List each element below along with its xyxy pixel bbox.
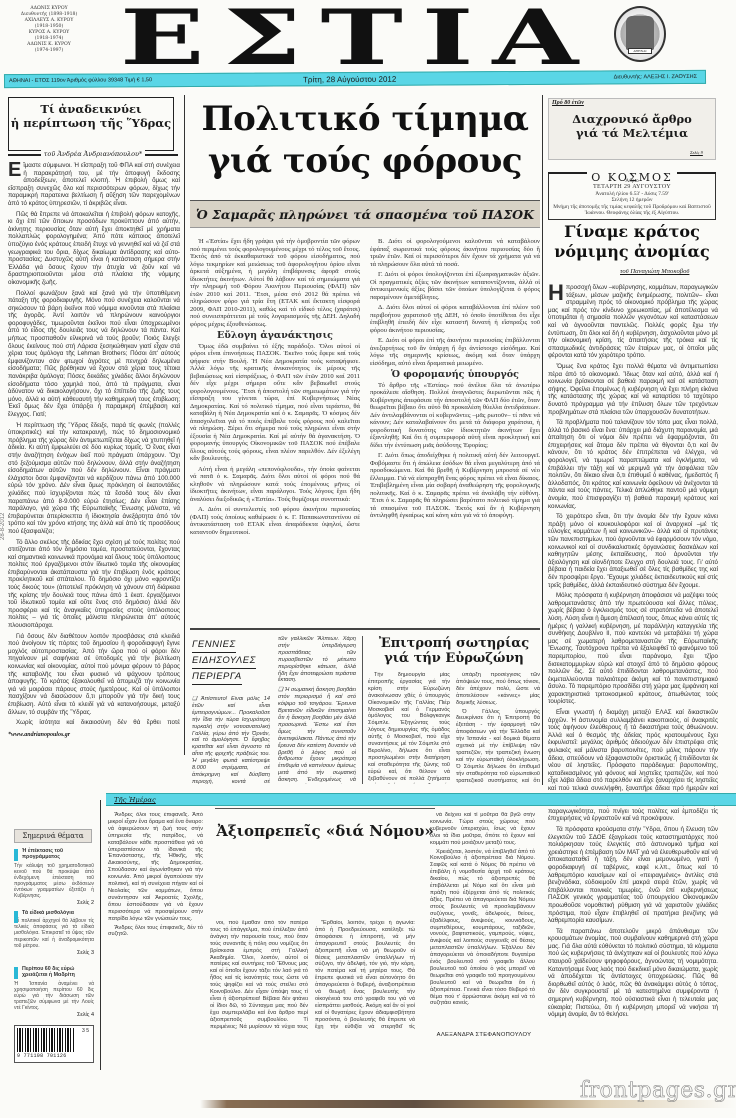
section-subtitle: Ὁ φορομανής ὑπουργός xyxy=(370,371,540,379)
eurozone-column-2: ὑπάρξη προσέγγισις τῶν ἀπόψεών τους, πού… xyxy=(456,672,540,784)
feature-title-line1: Διαχρονικό ἄρθρο xyxy=(548,112,716,126)
paragraph: Δ. Διότι ὅλοι αὐτοί οἱ φόροι καταβάλλοντ… xyxy=(370,304,540,334)
paragraph: Χωρίς ἰσότητα καί δικαιοσύνη δέν θά ἔρθε… xyxy=(8,719,180,727)
topic-bullet-icon xyxy=(14,911,18,923)
eurozone-title-line2: γιά τήν Εὐρωζώνη xyxy=(368,651,540,666)
topic-item[interactable]: Τά εἰδικά μισθολόγια Οἱ πολιτικοί ἀρχηγο… xyxy=(14,910,94,956)
paragraph: "Ερθαίοι, λοιπόν, τρέχει ἡ ἀγωνία: ἀπό ἡ… xyxy=(315,920,415,1030)
paragraph: Τό χειρότερο εἶναι, ὅτι τήν ἀνομία δέν τ… xyxy=(548,513,718,589)
topics-header: Σημερινά θέματα xyxy=(14,829,92,843)
topic-title: Περίπου 60 δις εὐρώ χρειάζεται ἡ Μαδρίτη xyxy=(22,966,94,979)
of-the-day-headline[interactable]: Ἀξιοπρεπεῖς «διά Νόμου» xyxy=(205,822,445,840)
side-date: 28-8-2012 xyxy=(0,513,6,540)
gossip-title-line: ΓΕΝΝΙΕΣ xyxy=(192,638,236,653)
byline-text: τοῦ Ἀνδρέα Ἀνδριανόπουλου* xyxy=(41,150,145,158)
barcode-digits: 9 771108 701126 xyxy=(17,1053,91,1059)
eurozone-column-1: Τήν δημιουργία μίας ἐπιτροπῆς ἐργασίας γ… xyxy=(368,672,450,784)
news-item: ❑ Ἀπίστευτο! Εἶναι μόλις 14 ἐτῶν καί εἶν… xyxy=(192,696,270,784)
main-headline-line2: γιά τούς φόρους xyxy=(190,140,540,182)
topic-bullet-icon xyxy=(14,849,18,861)
topic-text: Οἱ πολιτικοί ἀρχηγοί θά λάβουν τίς τελικ… xyxy=(14,918,94,948)
column-divider xyxy=(184,95,185,755)
main-article-column-1: Ἡ «Ἑστία» ἔχει ἤδη γράψει γιά τήν ὁμοβρο… xyxy=(190,238,360,626)
paragraph: Τό ἄλλο σκέλος τῆς ἀδικίας ἔχει σχέση μέ… xyxy=(8,539,180,630)
paragraph: Γ. Διότι οἱ φόροι ὑπολογίζονται ἐπί ἐξωπ… xyxy=(370,271,540,301)
eurozone-title-line1: Ἐπιτροπή σωτηρίας xyxy=(368,636,540,651)
paragraph: Πολλοί φωνάζουν ξανά καί ξανά γιά τήν ὑπ… xyxy=(8,290,180,419)
column-divider xyxy=(100,800,101,1070)
seal-label: ΑΘΗΝΑΙ xyxy=(628,48,652,54)
gossip-column-2: τῶν γαλλικῶν Ἄλπεων. Χάρη στήν ὑπερδιέγε… xyxy=(278,636,356,784)
editor-credit: Διευθυντής: ΑΛΕΞΗΣ Ι. ΖΑΟΥΣΗΣ xyxy=(614,74,697,81)
paragraph: Ἡ περίπτωση τῆς Ὕδρας ἔδειξε, παρά τίς φ… xyxy=(8,422,180,536)
barcode-issue: 3 5 xyxy=(82,1028,89,1034)
paragraph: Τά προβλήματα πού ταλανίζουν τόν τόπο μα… xyxy=(548,419,718,510)
topic-item[interactable]: Περίπου 60 δις εὐρώ χρειάζεται ἡ Μαδρίτη… xyxy=(14,966,94,1018)
of-the-day-author: ΑΛΕΞΑΝΔΡΑ ΣΤΕΦΑΝΟΠΟΥΛΟΥ xyxy=(430,1032,538,1038)
main-headline[interactable]: Πολιτικό τίμημα γιά τούς φόρους xyxy=(190,98,540,182)
paragraph: Τό ἄρθρο τῆς «Ἑστίας» πού ἀνέλυε ὅλα τά … xyxy=(370,382,540,450)
column-divider xyxy=(362,636,363,784)
eurozone-headline[interactable]: Ἐπιτροπή σωτηρίας γιά τήν Εὐρωζώνη xyxy=(368,636,540,666)
topic-page: Σελίς 3 xyxy=(14,950,94,956)
main-subheadline: Ὁ Σαμαρᾶς πληρώνει τά σπασμένα τοῦ ΠΑΣΟΚ xyxy=(190,200,540,228)
of-the-day-column-3: "Ερθαίοι, λοιπόν, τρέχει ἡ ἀγωνία: ἀπό ἡ… xyxy=(315,920,415,1030)
author-website-link[interactable]: *www.andrianopoulos.gr xyxy=(8,732,70,738)
kosmos-note: Μνήμη τῆς ἀποτομῆς τῆς τιμίας κεφαλῆς το… xyxy=(550,204,714,217)
topic-bullet-icon xyxy=(14,967,18,979)
feature-kicker: Πρό 80 ἐτῶν xyxy=(552,100,584,106)
column-divider xyxy=(542,95,543,785)
right-article-byline: τοῦ Παναγιώτη Μποκοβοῦ xyxy=(620,268,689,275)
main-article-column-2: Β. Διότι οἱ φορολογούμενοι καλοῦνται νά … xyxy=(370,238,540,626)
gossip-title-line: ΕΙΔΗΣΟΥΛΕΣ xyxy=(192,654,256,669)
issue-info: ΑΘΗΝΑΙ - ΕΤΟΣ 119ον Άριθμός φύλλου 39348… xyxy=(9,77,152,84)
paragraph: Γιά ὅσους δέν διαθέτουν λοιπόν προσβάσει… xyxy=(8,633,180,717)
section-subtitle: Εὔλογη ἀγανάκτησις xyxy=(190,332,360,340)
title-rule xyxy=(215,808,435,809)
topic-title: Τά εἰδικά μισθολόγια xyxy=(22,910,94,916)
of-the-day-column-1: Ἄνδρες ὅλοι τους ἐπιφανεῖς. Ἀπό μικροί ε… xyxy=(108,812,203,1022)
paragraph: Α. Διότι οἱ συντελεστές τοῦ φόρου ἀκινήτ… xyxy=(190,506,360,536)
paragraph: Χρειάζεται, λοιπόν, νά ἐπιβληθεῖ ἀπό τό … xyxy=(430,849,535,1008)
news-item: ❑ Ἡ σωματική ἄσκηση βοηθάει στόν περιορι… xyxy=(278,687,356,784)
gossip-column-1: ❑ Ἀπίστευτο! Εἶναι μόλις 14 ἐτῶν καί εἶν… xyxy=(192,696,270,784)
paragraph: νοι, πού ἔμαθαν ἀπό τόν πατέρα τους τό ἐ… xyxy=(210,920,308,1030)
paragraph: Γ. Διότι ὅπως ἀποδείχθηκε ἡ πολιτική αὐτ… xyxy=(370,452,540,520)
paragraph: Ὅμως ἐδῶ συμβαίνει τό ἑξῆς παράδοξο. Ὅλο… xyxy=(190,343,360,463)
topic-text: Τήν κάλυψη τοῦ χρηματοδοτικοῦ κενοῦ πού … xyxy=(14,863,94,900)
watermark-link[interactable]: frontpages.gr xyxy=(580,1078,736,1103)
gossip-title-line: ΠΕΡΙΕΡΓΑ xyxy=(192,670,242,685)
paragraph: Ἄνδρες ὅλοι τους ἐπιφανεῖς. Ἀπό μικροί ε… xyxy=(108,812,203,923)
of-the-day-column-2: νοι, πού ἔμαθαν ἀπό τόν πατέρα τους τό ἐ… xyxy=(210,920,308,1030)
founders-list: ΑΔΩΝΙΣ ΚΥΡΟΥ Διευθυντής (1898-1918) ΑΧΙΛ… xyxy=(18,6,80,54)
of-the-day-column-4: νὰ δείχνει καί τί μοῦτρα θά βγῶ στήν κοι… xyxy=(430,812,535,1022)
paragraph: Πῶς θά ἔπρεπε νά ἀποκαλεῖται ἡ ἐπιβολή φ… xyxy=(8,211,180,287)
paragraph: ἴμαστε σύμφωνοι. Ἡ εἴσπραξη τοῦ ΦΠΑ καί … xyxy=(8,162,180,207)
left-article-headline-box[interactable]: Τί ἀναδεικνύει ἡ περίπτωση τῆς Ὕδρας xyxy=(8,97,174,151)
seal-emblem-icon: ΑΘΗΝΑΙ xyxy=(614,6,666,62)
news-item: τῶν γαλλικῶν Ἄλπεων. Χάρη στήν ὑπερδιέγε… xyxy=(278,636,356,684)
seal-figures-icon xyxy=(626,16,654,50)
of-the-day-ribbon: Τῆς Ἡμέρας xyxy=(106,793,736,806)
paragraph: Ε. Διότι οἱ φόροι ἐπί τῆς ἀκινήτου περιο… xyxy=(370,337,540,367)
paragraph: προσοχή ὅλων –κυβέρνησης, κομμάτων, παρα… xyxy=(548,284,718,359)
paragraph: Ὅμως ἕνα κράτος ἔχει πολλά θέματα νά ἀντ… xyxy=(548,363,718,416)
section-divider xyxy=(190,628,540,630)
barcode-bars xyxy=(17,1028,75,1052)
paragraph: Τά παραπάνω ἀποτελοῦν μικρό ἀπάνθισμα τῶ… xyxy=(548,928,718,1019)
right-headline-line1: Γίναμε κράτος xyxy=(548,222,716,242)
paragraph: Β. Διότι οἱ φορολογούμενοι καλοῦνται νά … xyxy=(370,238,540,268)
right-article-headline[interactable]: Γίναμε κράτος νόμιμης ἀνομίας xyxy=(548,222,716,262)
main-headline-line1: Πολιτικό τίμημα xyxy=(190,98,540,140)
feature-title: Διαχρονικό ἄρθρο γιά τά Μελτέμια xyxy=(548,112,716,140)
left-article-byline: τοῦ Ἀνδρέα Ἀνδριανόπουλου* xyxy=(8,150,178,158)
topic-text: Ἡ Ἰσπανία ἀναμένει νά χρησιμοποιήση περί… xyxy=(14,981,94,1011)
right-headline-line2: νόμιμης ἀνομίας xyxy=(548,242,716,262)
of-the-day-label: Τῆς Ἡμέρας xyxy=(114,796,156,804)
left-article-title-line1: Τί ἀναδεικνύει xyxy=(9,102,173,116)
paragraph: Ὁ Γάλλος ὑπουργός διευκρίνισε ὅτι ἡ Ἐπιτ… xyxy=(456,709,540,784)
founder-line: (1974-1997) xyxy=(18,48,80,54)
paragraph: Ἡ «Ἑστία» ἔχει ἤδη γράψει γιά τήν ὁμοβρο… xyxy=(190,238,360,328)
paragraph: Τά πρόσφατα κρούσματα στήν Ὕδρα, ὅπου ἡ … xyxy=(548,826,718,925)
left-article-body: Εἴμαστε σύμφωνοι. Ἡ εἴσπραξη τοῦ ΦΠΑ καί… xyxy=(8,162,180,727)
issue-ribbon: ΑΘΗΝΑΙ - ΕΤΟΣ 119ον Άριθμός φύλλου 39348… xyxy=(4,70,706,88)
topic-item[interactable]: Ἡ ἐπέκτασις τοῦ προγράμματος Τήν κάλυψη … xyxy=(14,848,94,906)
kosmos-body: Αὔριο ΤΕΤΑΡΤΗ 29 ΑΥΓΟΥΣΤΟΥ Ἀνατολή ἡλίου… xyxy=(550,178,714,216)
left-article-title-line2: ἡ περίπτωση τῆς Ὕδρας xyxy=(9,116,173,130)
dropcap: Η xyxy=(548,284,564,302)
topic-title: Ἡ ἐπέκτασις τοῦ προγράμματος xyxy=(22,848,94,861)
paragraph: Τήν δημιουργία μίας ἐπιτροπῆς ἐργασίας γ… xyxy=(368,672,450,784)
paragraph: Μόλις πρόσφατα ἡ κυβέρνηση ἀποφάσισε νά … xyxy=(548,592,718,706)
paragraph: Ἄνδρες ὅλοι τους ἐπιφανεῖς, δέν τό συζητ… xyxy=(108,925,203,939)
topic-page: Σελίς 2 xyxy=(14,900,94,906)
barcode-icon: 3 5 9 771108 701126 xyxy=(14,1025,94,1063)
gossip-section-title: ΓΕΝΝΙΕΣ ΕΙΔΗΣΟΥΛΕΣ ΠΕΡΙΕΡΓΑ xyxy=(192,638,272,686)
right-article-body: Ηπροσοχή ὅλων –κυβέρνησης, κομμάτων, παρ… xyxy=(548,284,718,1054)
paragraph: Αὐτή εἶναι ἡ μεγάλη «πεπονόφλουδα», τήν … xyxy=(190,466,360,504)
paragraph: νὰ δείχνει καί τί μοῦτρα θά βγῶ στήν κοι… xyxy=(430,812,535,847)
dropcap: Ε xyxy=(8,162,21,178)
feature-title-line2: γιά τά Μελτέμια xyxy=(548,126,716,140)
issue-date: Τρίτη, 28 Αὐγούστου 2012 xyxy=(303,75,396,85)
paragraph: ὑπάρξη προσέγγισις τῶν ἀπόψεών τους, πού… xyxy=(456,672,540,707)
topic-page: Σελίς 4 xyxy=(14,1012,94,1018)
feature-page-ref[interactable]: Σελίς 9 xyxy=(690,150,703,155)
